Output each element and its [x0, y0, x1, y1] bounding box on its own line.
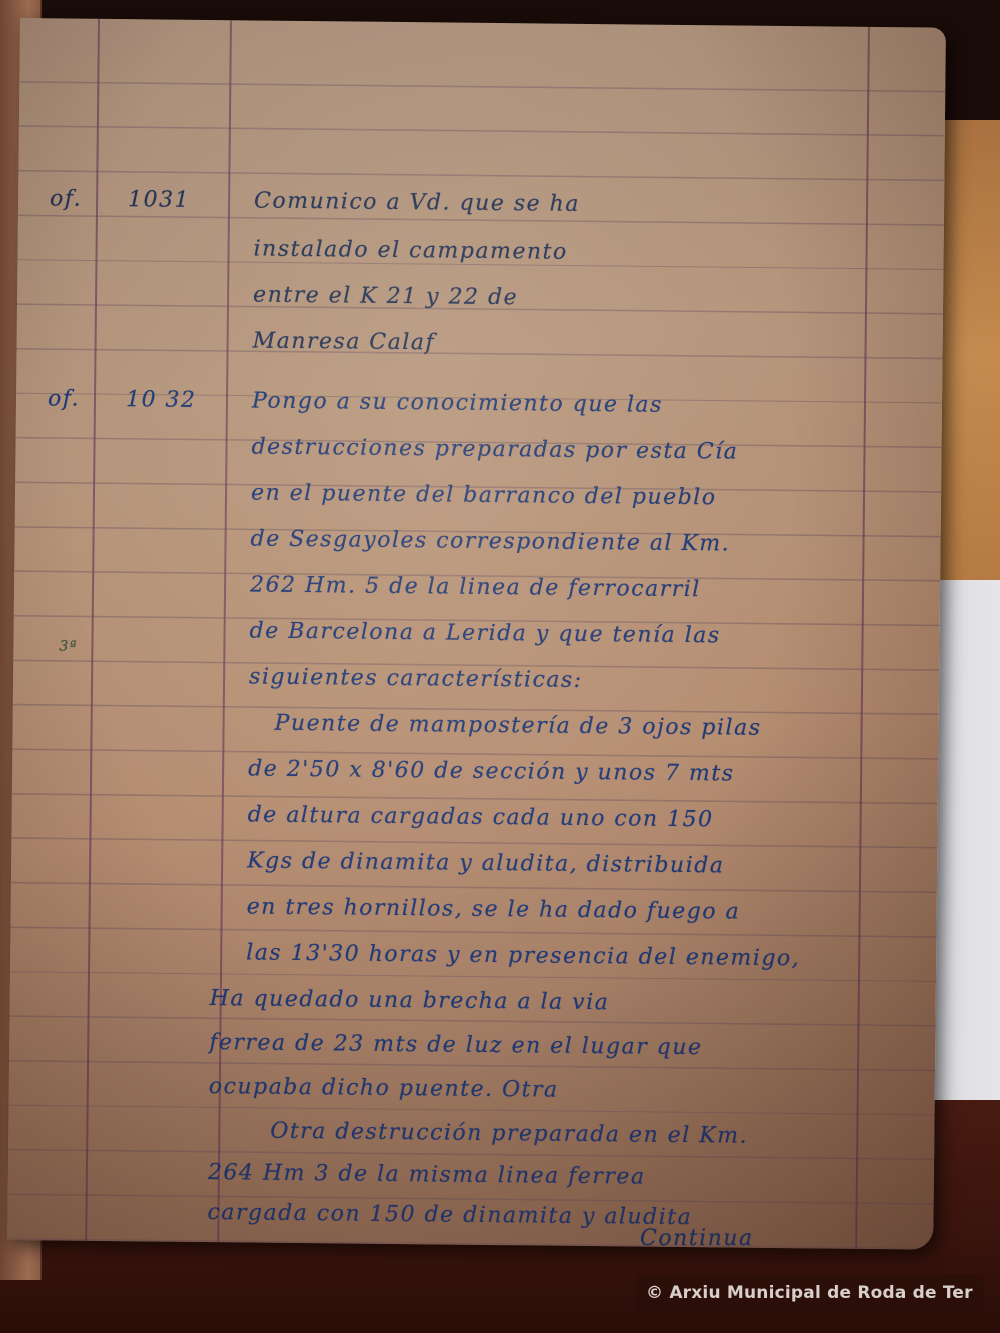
copyright-watermark: © Arxiu Municipal de Roda de Ter — [636, 1275, 983, 1311]
entry-line: 264 Hm 3 de la misma linea ferrea — [208, 1160, 646, 1190]
entry-line: Pongo a su conocimiento que las — [252, 388, 663, 417]
entry-line: ferrea de 23 mts de luz en el lugar que — [209, 1030, 702, 1060]
entry-line: Ha quedado una brecha a la via — [210, 986, 610, 1015]
entry-time: 1031 — [128, 187, 190, 213]
entry-time: 10 32 — [126, 387, 197, 413]
entry-line: Otra destrucción preparada en el Km. — [270, 1119, 748, 1149]
entry-line: cargada con 150 de dinamita y aludita — [207, 1200, 692, 1230]
margin-mark: 3ª — [59, 638, 78, 654]
entry-line: Comunico a Vd. que se ha — [254, 188, 580, 216]
entry-line: de Barcelona a Lerida y que tenía las — [249, 618, 720, 648]
entry-line: ocupaba dicho puente. Otra — [209, 1074, 559, 1103]
entry-line: de Sesgayoles correspondiente al Km. — [250, 526, 730, 556]
entry-line: siguientes características: — [249, 664, 583, 692]
entry-line: de 2'50 x 8'60 de sección y unos 7 mts — [248, 756, 735, 786]
entry-line: 262 Hm. 5 de la linea de ferrocarril — [250, 572, 701, 602]
entry-ref: of. — [48, 386, 80, 411]
entry-line: entre el K 21 y 22 de — [253, 282, 518, 310]
continued-note: Continua — [640, 1226, 754, 1251]
entry-line: instalado el campamento — [253, 236, 567, 264]
entry-ref: of. — [50, 186, 82, 211]
entry-line: de altura cargadas cada uno con 150 — [248, 802, 714, 832]
entry-line: destrucciones preparadas por esta Cía — [251, 434, 738, 464]
notebook-page: of. 1031 Comunico a Vd. que se ha instal… — [7, 18, 946, 1250]
entry-line: Puente de mampostería de 3 ojos pilas — [274, 711, 761, 741]
entry-line: en el puente del barranco del pueblo — [251, 480, 717, 510]
entry-line: en tres hornillos, se le ha dado fuego a — [247, 894, 741, 924]
entry-line: Kgs de dinamita y aludita, distribuida — [247, 848, 724, 878]
entry-line: Manresa Calaf — [252, 328, 435, 355]
